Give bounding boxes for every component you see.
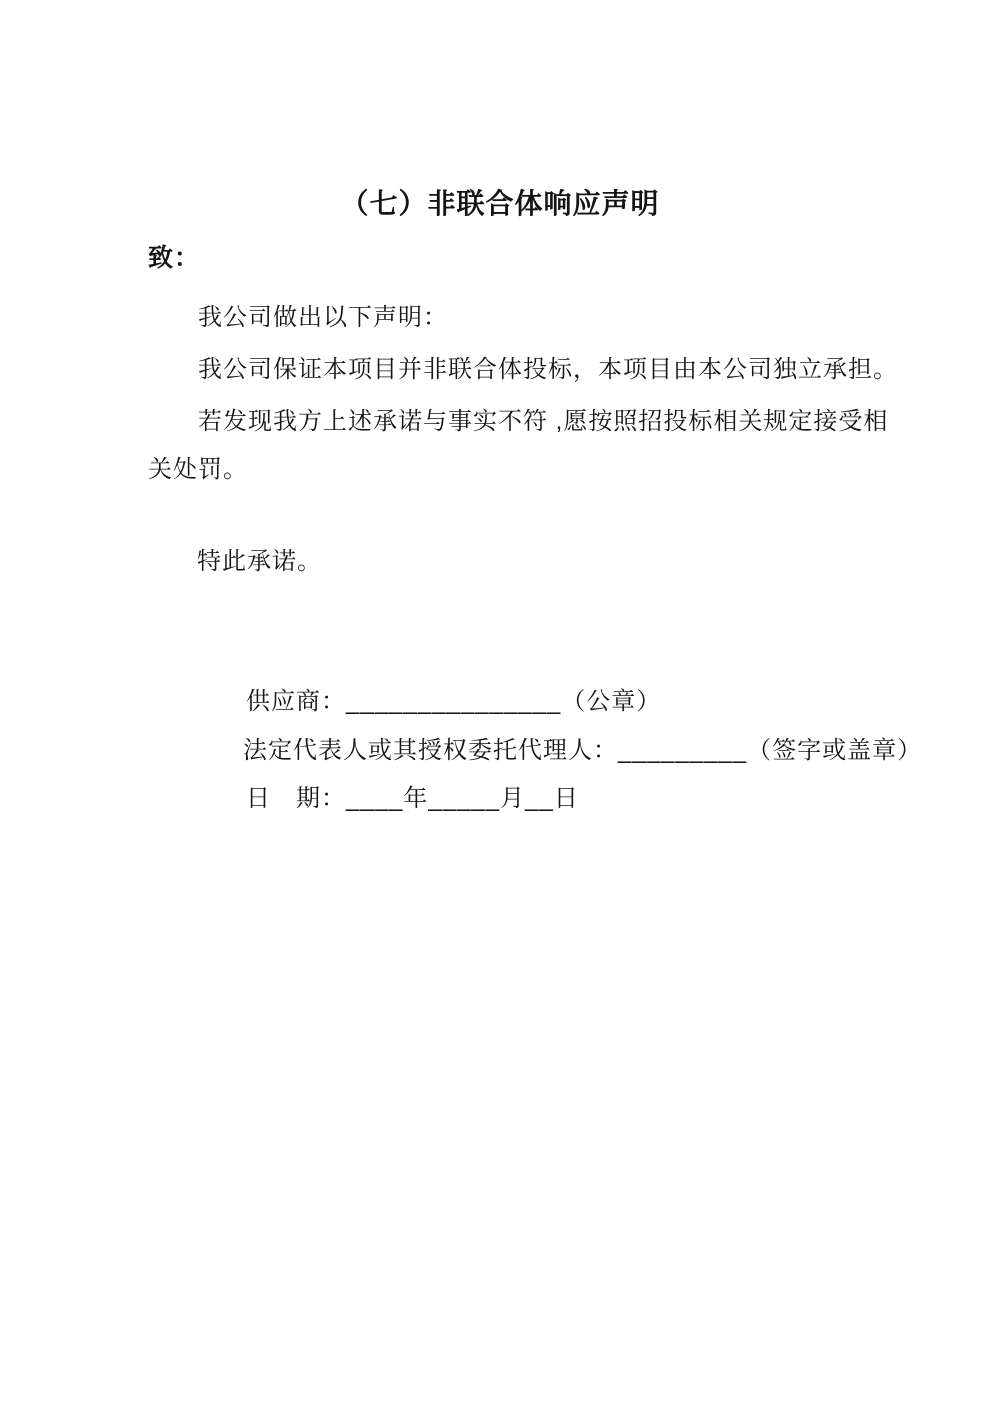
- salutation-line: 致：: [148, 238, 200, 274]
- statement-line-3: 关处罚。: [148, 449, 248, 484]
- supplier-signature-line: 供应商：_______________（公章）: [246, 681, 661, 716]
- statement-line-1: 我公司保证本项目并非联合体投标，本项目由本公司独立承担。: [198, 349, 898, 384]
- promise-line: 特此承诺。: [197, 541, 322, 576]
- document-page: （七）非联合体响应声明 致： 我公司做出以下声明： 我公司保证本项目并非联合体投…: [0, 0, 1000, 1414]
- date-line: 日 期：____年_____月__日: [246, 778, 579, 813]
- page-title: （七）非联合体响应声明: [0, 182, 1000, 222]
- statement-intro-line: 我公司做出以下声明：: [198, 297, 448, 332]
- statement-line-2: 若发现我方上述承诺与事实不符 ,愿按照招投标相关规定接受相: [198, 401, 888, 436]
- representative-signature-line: 法定代表人或其授权委托代理人：_________（签字或盖章）: [243, 730, 922, 765]
